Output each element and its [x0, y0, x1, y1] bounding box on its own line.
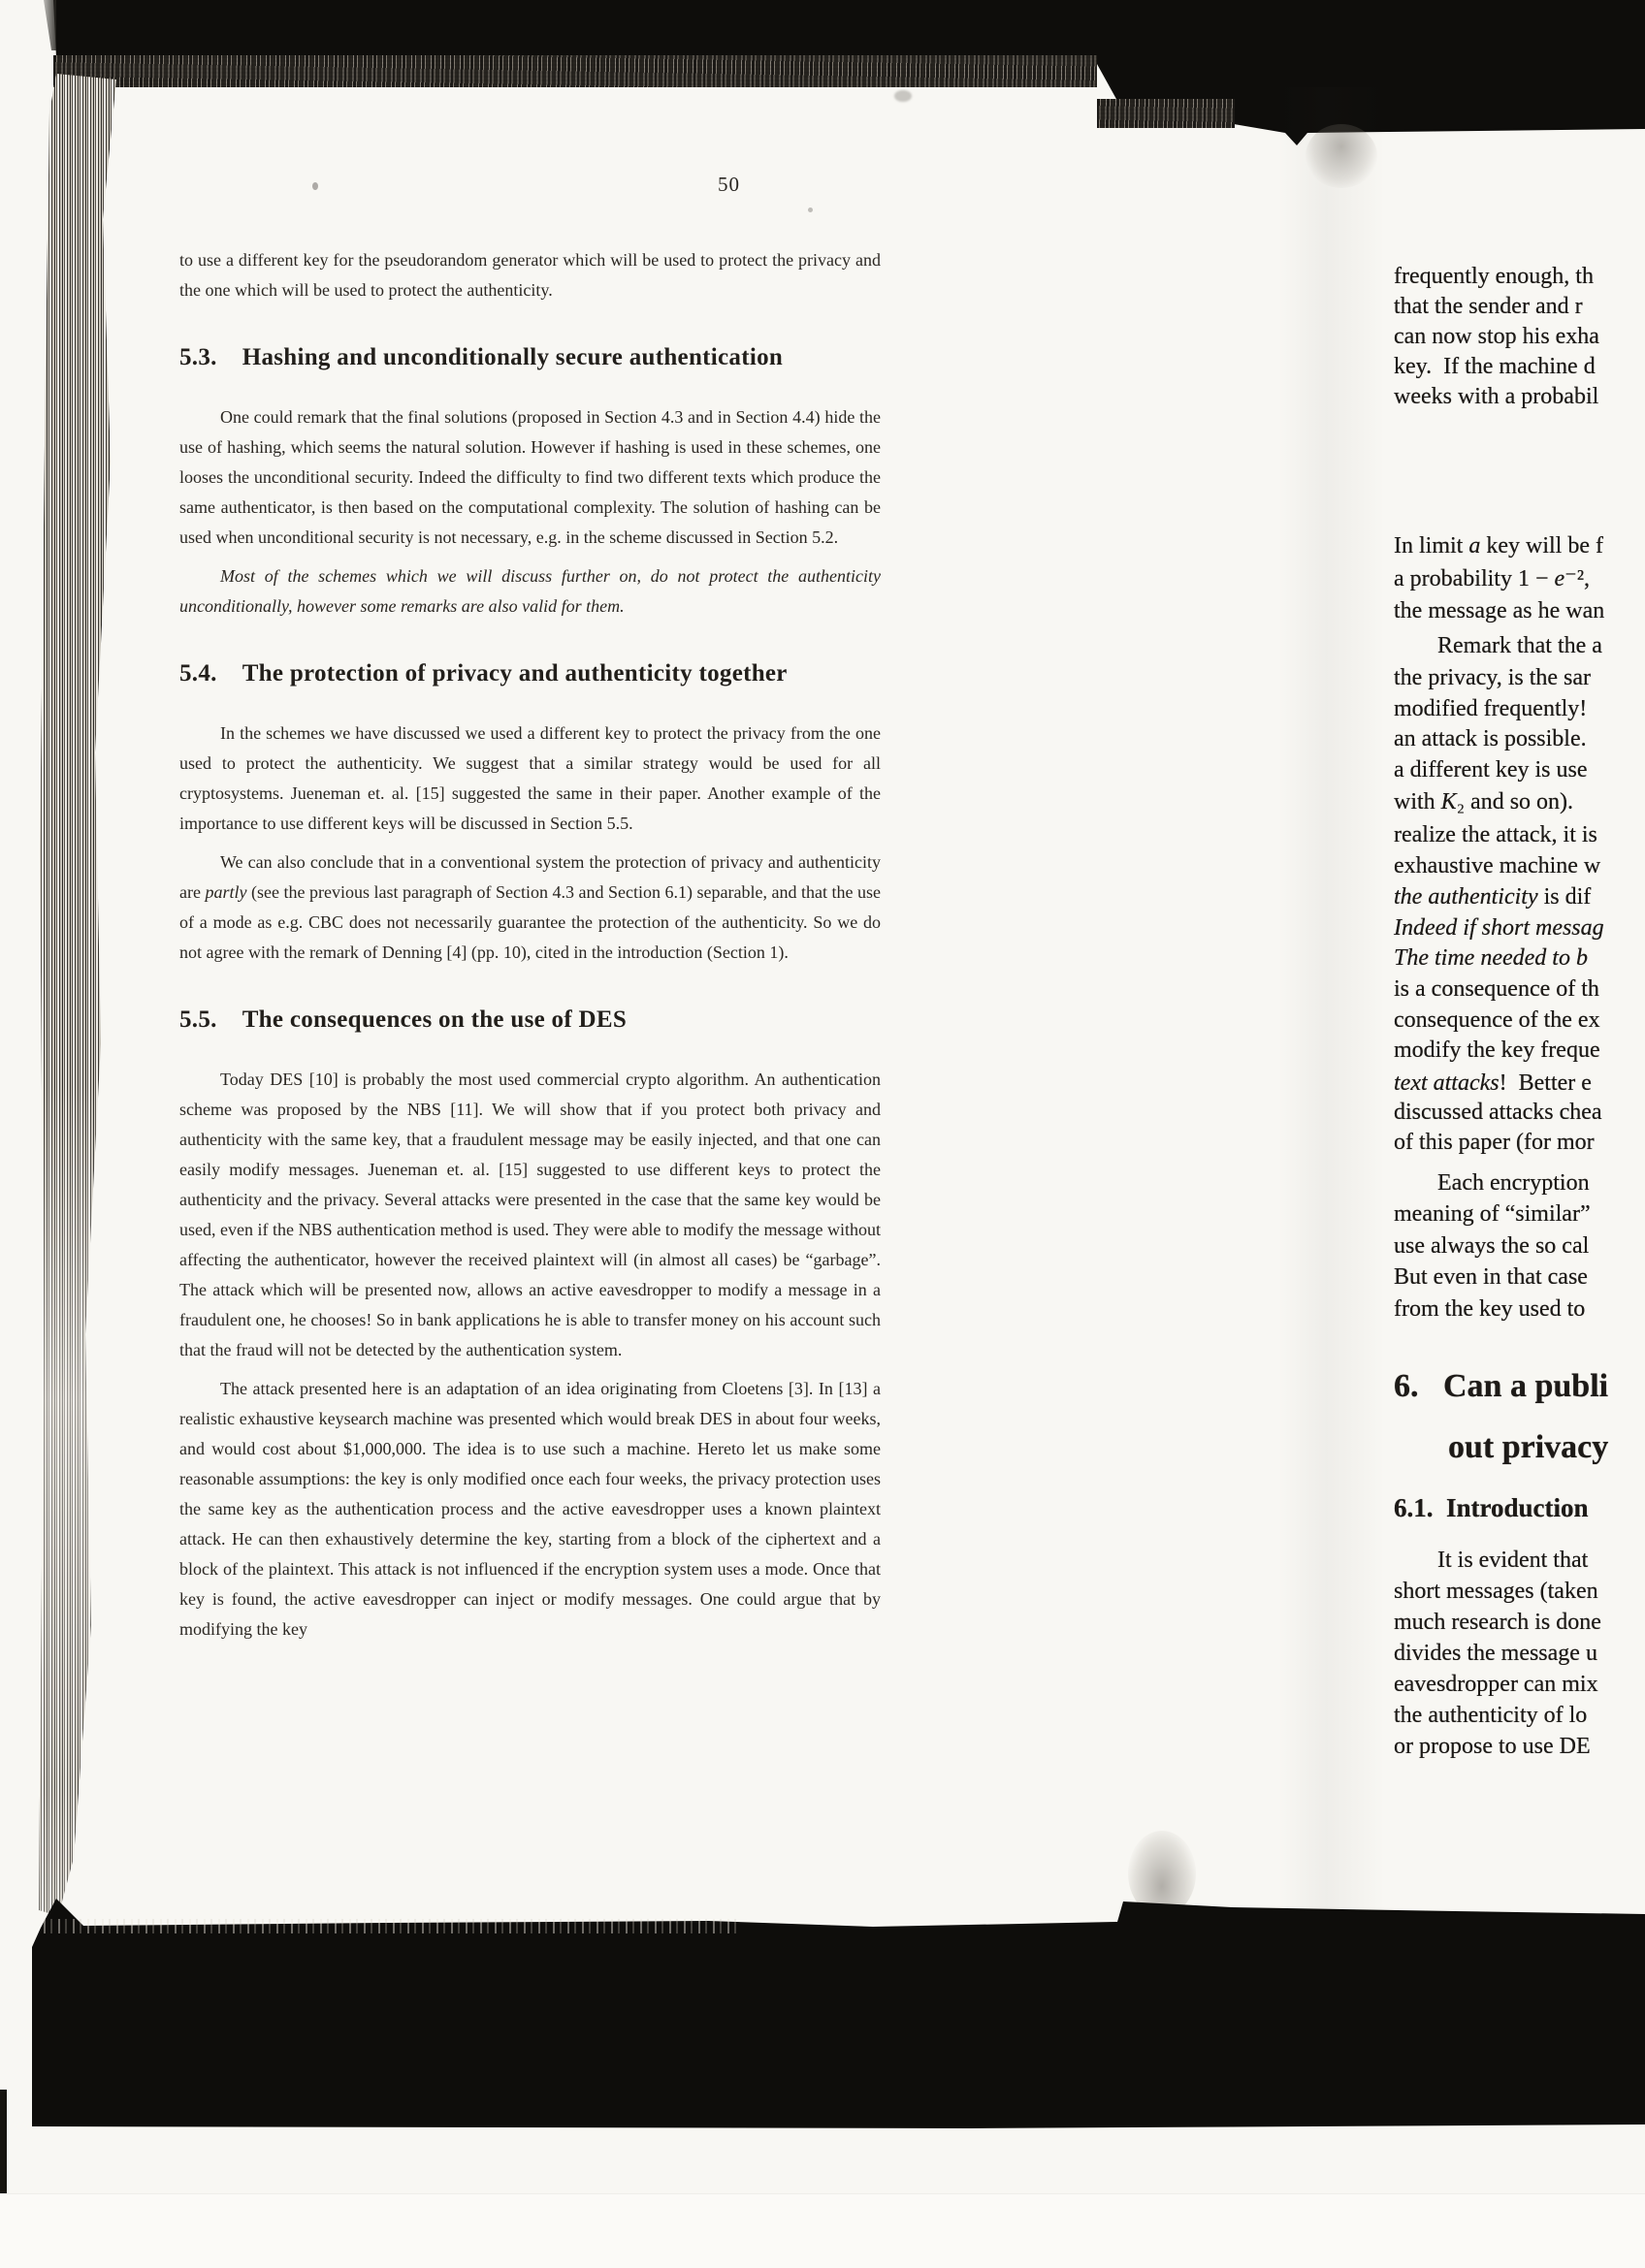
text-line: that the sender and r: [1394, 292, 1583, 321]
text: the privacy, is the sar: [1394, 665, 1591, 690]
text-line: or propose to use DE: [1394, 1732, 1591, 1761]
paragraph: In the schemes we have discussed we used…: [179, 719, 881, 839]
text: consequence of the ex: [1394, 1007, 1600, 1033]
text: eavesdropper can mix: [1394, 1672, 1598, 1697]
text-line: use always the so cal: [1394, 1231, 1589, 1261]
text-line: consequence of the ex: [1394, 1006, 1600, 1035]
text-line: But even in that case: [1394, 1262, 1588, 1292]
section-heading: 5.5.The consequences on the use of DES: [179, 1004, 881, 1036]
facing-section-heading: 6. Can a publi: [1394, 1372, 1608, 1401]
text-line: the authenticity is dif: [1394, 882, 1591, 911]
section-heading: 5.4.The protection of privacy and authen…: [179, 657, 881, 689]
scan-speck: [808, 208, 813, 212]
text: ! Better e: [1500, 1070, 1592, 1096]
scan-smudge-gutter: [1306, 124, 1377, 188]
text: modified frequently!: [1394, 696, 1587, 721]
italic-text: K: [1441, 789, 1457, 815]
book-page-edge-texture-bottom: [44, 1919, 742, 1933]
text: ₂ and so on).: [1457, 789, 1573, 815]
paragraph: One could remark that the final solution…: [179, 402, 881, 553]
text-line: Each encryption: [1394, 1168, 1590, 1198]
text: In limit: [1394, 533, 1468, 559]
paragraph: Most of the schemes which we will discus…: [179, 561, 881, 622]
text: out privacy: [1448, 1429, 1608, 1465]
scanned-page: 50 to use a different key for the pseudo…: [0, 0, 1645, 2268]
book-gutter-shadow: [1278, 87, 1385, 1910]
text: or propose to use DE: [1394, 1734, 1591, 1759]
text-line: the privacy, is the sar: [1394, 663, 1591, 692]
text: discussed attacks chea: [1394, 1100, 1602, 1125]
text: the message as he wan: [1394, 598, 1604, 623]
text-line: the authenticity of lo: [1394, 1701, 1587, 1730]
text: The attack presented here is an adaptati…: [179, 1379, 881, 1639]
section-title: Hashing and unconditionally secure authe…: [242, 344, 783, 370]
italic-text: e: [1555, 566, 1565, 591]
text-line: Remark that the a: [1394, 631, 1602, 660]
text-line: text attacks! Better e: [1394, 1069, 1592, 1098]
scan-corner-shadow: [37, 0, 56, 50]
section-title: The consequences on the use of DES: [242, 1006, 627, 1033]
text-line: the message as he wan: [1394, 596, 1604, 625]
text-line: frequently enough, th: [1394, 262, 1594, 291]
book-page-edge-texture-top-left: [53, 55, 1097, 87]
text: from the key used to: [1394, 1296, 1585, 1322]
text: that the sender and r: [1394, 294, 1583, 319]
page-number: 50: [718, 173, 740, 197]
scan-speck: [894, 90, 912, 102]
text: Remark that the a: [1437, 633, 1602, 658]
section-title: The protection of privacy and authentici…: [242, 660, 788, 687]
text: divides the message u: [1394, 1641, 1597, 1666]
text-line: key. If the machine d: [1394, 352, 1596, 381]
text: an attack is possible.: [1394, 726, 1587, 751]
text-line: It is evident that: [1394, 1546, 1588, 1575]
text: key. If the machine d: [1394, 354, 1596, 379]
paragraph: Today DES [10] is probably the most used…: [179, 1065, 881, 1365]
text-line: a different key is use: [1394, 755, 1588, 784]
text: is a consequence of th: [1394, 976, 1599, 1002]
text-line: In limit a key will be f: [1394, 531, 1603, 560]
paragraph: We can also conclude that in a conventio…: [179, 847, 881, 968]
text-line: from the key used to: [1394, 1294, 1585, 1324]
text-line: The time needed to b: [1394, 943, 1588, 973]
book-spine-page-edges-left: [39, 74, 116, 1916]
scanner-bed-strip: [0, 2193, 1645, 2268]
text-line: with K₂ and so on).: [1394, 787, 1573, 816]
text: meaning of “similar”: [1394, 1201, 1591, 1227]
text: But even in that case: [1394, 1264, 1588, 1290]
italic-text: Indeed if short messag: [1394, 915, 1604, 941]
italic-text: text attacks: [1394, 1070, 1500, 1096]
text: In the schemes we have discussed we used…: [179, 723, 881, 833]
text: of this paper (for mor: [1394, 1130, 1595, 1155]
text: use always the so cal: [1394, 1233, 1589, 1259]
facing-section-heading: out privacy: [1394, 1433, 1608, 1462]
text: modify the key freque: [1394, 1038, 1600, 1063]
italic-text: the authenticity: [1394, 884, 1538, 910]
scan-edge-sliver-bottom-left: [0, 2090, 7, 2193]
text: Today DES [10] is probably the most used…: [179, 1070, 881, 1359]
text: is dif: [1538, 884, 1592, 910]
text-line: eavesdropper can mix: [1394, 1670, 1598, 1699]
text: much research is done: [1394, 1610, 1601, 1635]
paragraph: to use a different key for the pseudoran…: [179, 245, 881, 305]
book-page-edge-texture-top-right: [1097, 99, 1235, 128]
section-number: 5.5.: [179, 1006, 217, 1033]
text: (see the previous last paragraph of Sect…: [179, 882, 881, 962]
text: the authenticity of lo: [1394, 1703, 1587, 1728]
text-line: short messages (taken: [1394, 1577, 1598, 1606]
italic-text: partly: [206, 882, 247, 902]
text: with: [1394, 789, 1441, 815]
text: Most of the schemes which we will discus…: [179, 566, 881, 616]
italic-text: The time needed to b: [1394, 945, 1588, 971]
scan-speck: [312, 182, 318, 190]
text: key will be f: [1480, 533, 1603, 559]
paragraph: The attack presented here is an adaptati…: [179, 1374, 881, 1645]
section-number: 5.4.: [179, 660, 217, 687]
text: a different key is use: [1394, 757, 1588, 783]
text-line: an attack is possible.: [1394, 724, 1587, 753]
text-line: weeks with a probabil: [1394, 382, 1598, 411]
text-line: modify the key freque: [1394, 1036, 1600, 1065]
text-line: can now stop his exha: [1394, 322, 1599, 351]
text-line: meaning of “similar”: [1394, 1199, 1591, 1229]
text: ⁻²,: [1564, 566, 1590, 591]
italic-text: a: [1468, 533, 1480, 559]
text-line: of this paper (for mor: [1394, 1128, 1595, 1157]
text: a probability 1 −: [1394, 566, 1555, 591]
text: 6.1. Introduction: [1394, 1493, 1589, 1522]
text-line: a probability 1 − e⁻²,: [1394, 564, 1590, 593]
text: It is evident that: [1437, 1548, 1588, 1573]
text-line: realize the attack, it is: [1394, 820, 1597, 849]
text-line: much research is done: [1394, 1608, 1601, 1637]
text-line: discussed attacks chea: [1394, 1098, 1602, 1127]
section-number: 5.3.: [179, 344, 217, 370]
text-line: is a consequence of th: [1394, 974, 1599, 1004]
section-heading: 5.3.Hashing and unconditionally secure a…: [179, 341, 881, 373]
text: realize the attack, it is: [1394, 822, 1597, 847]
text-line: modified frequently!: [1394, 694, 1587, 723]
text: Each encryption: [1437, 1170, 1590, 1196]
text: 6. Can a publi: [1394, 1368, 1608, 1404]
text: exhaustive machine w: [1394, 853, 1600, 878]
text: One could remark that the final solution…: [179, 407, 881, 547]
main-text-column: to use a different key for the pseudoran…: [179, 245, 881, 1653]
text-line: Indeed if short messag: [1394, 913, 1604, 942]
text: frequently enough, th: [1394, 264, 1594, 289]
text: short messages (taken: [1394, 1579, 1598, 1604]
text: weeks with a probabil: [1394, 384, 1598, 409]
facing-subsection-heading: 6.1. Introduction: [1394, 1493, 1589, 1522]
text: can now stop his exha: [1394, 324, 1599, 349]
text-line: divides the message u: [1394, 1639, 1597, 1668]
text: to use a different key for the pseudoran…: [179, 250, 881, 300]
text-line: exhaustive machine w: [1394, 851, 1600, 880]
